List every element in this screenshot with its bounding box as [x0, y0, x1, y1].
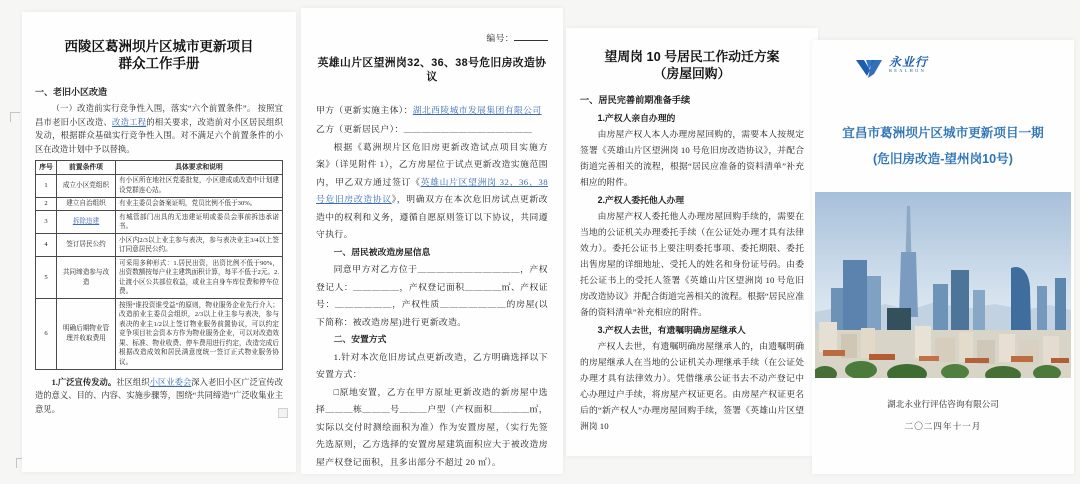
party-b-line: 乙方（更新居民户）：＿＿＿＿＿＿＿＿＿＿＿＿＿＿: [316, 121, 548, 139]
col-header-desc: 具体要求和说明: [116, 161, 283, 175]
col-header-no: 序号: [36, 161, 57, 175]
page2-section2-heading: 二、安置方式: [316, 331, 548, 349]
page3-sub2-title: 2.产权人委托他人办理: [580, 192, 804, 208]
page1-para3-bold: 1.广泛宣传发动。: [52, 378, 117, 387]
page2-paragraph-1: 根据《葛洲坝片区危旧房更新改造试点项目实施方案》（详见附件 1），乙方房屋位于试…: [316, 139, 548, 244]
document-page-work-manual: 西陵区葛洲坝片区城市更新项目 群众工作手册 一、老旧小区改造 （一）改造前实行竞…: [22, 12, 296, 472]
row-no: 6: [36, 299, 57, 370]
table-row: 3 拆除违建 有城管部门出具的无违建证明或委员会事前拆违承诺书。: [36, 211, 283, 234]
cover-company-name: 湖北永业行评估咨询有限公司: [812, 398, 1074, 410]
party-b-label: 乙方（更新居民户）：: [316, 124, 404, 134]
party-b-blank: ＿＿＿＿＿＿＿＿＿＿＿＿＿＿: [404, 124, 533, 134]
party-a-value: 湖北西陵城市发展集团有限公司: [413, 105, 542, 115]
table-row: 4 签订居民公约 小区内2/3以上业主参与表决，参与表决业主3/4以上签订同意居…: [36, 234, 283, 257]
page2-section1-heading: 一、居民被改造房屋信息: [316, 244, 548, 262]
city-skyline-image: [815, 192, 1071, 378]
page1-para1-text: （一）改造前实行竞争性入围，落实“六个前置条件”。: [52, 104, 256, 113]
number-blank: [514, 40, 548, 41]
row-item: 共同缔造参与改造: [57, 257, 116, 299]
logo-english-name: REALHON: [889, 68, 928, 74]
page2-section1-text: 同意甲方对乙方位于＿＿＿＿＿＿＿＿＿＿＿，产权登记人：＿＿＿＿＿，产权登记面积＿…: [316, 261, 548, 331]
scan-artifact-box: [278, 408, 288, 418]
page1-title-line2: 群众工作手册: [35, 55, 283, 72]
page3-title-line2: （房屋回购）: [580, 65, 804, 82]
page1-paragraph-2: 1.广泛宣传发动。社区组织小区业委会深入老旧小区广泛宣传改造的意义、目的、内容、…: [35, 376, 283, 417]
row-no: 2: [36, 197, 57, 211]
preconditions-table: 序号 前置条件项 具体要求和说明 1 成立小区党组织 有小区所在地社区党委批复，…: [35, 160, 283, 370]
table-row: 2 建立自治组织 有业主委员会备案证明，党员比例不低于30%。: [36, 197, 283, 211]
row-no: 1: [36, 174, 57, 197]
row-desc: 有城管部门出具的无违建证明或委员会事前拆违承诺书。: [116, 211, 283, 234]
page3-sub3-title: 3.产权人去世，有遗嘱明确房屋继承人: [580, 322, 804, 338]
page2-section2-para1: 1.针对本次危旧房试点更新改造，乙方明确选择以下安置方式：: [316, 349, 548, 384]
row-item: 成立小区党组织: [57, 174, 116, 197]
logo-wordmark: 永业行 REALHON: [889, 56, 928, 74]
row-desc: 小区内2/3以上业主参与表决，参与表决业主3/4以上签订同意居民公约。: [116, 234, 283, 257]
document-page-relocation-plan: 望周岗 10 号居民工作动迁方案 （房屋回购） 一、居民完善前期准备手续 1.产…: [566, 28, 818, 456]
company-logo: 永业行 REALHON: [854, 56, 928, 80]
table-row: 6 明确后期物业管理并收取费用 按照“谁投资谁受益”的原则，物业服务企业先行介入…: [36, 299, 283, 370]
agreement-number-line: 编号：: [316, 30, 548, 48]
page1-section-heading: 一、老旧小区改造: [35, 85, 283, 98]
row-item-link: 拆除违建: [57, 211, 116, 234]
table-row: 5 共同缔造参与改造 可采用多种形式：1.居民出资，出资比例不低于90%，出资数…: [36, 257, 283, 299]
page3-sub1-text: 由房屋产权人本人办理房屋回购的，需要本人按规定签署《英雄山片区望洲岗 10 号危…: [580, 126, 804, 190]
party-a-line: 甲方（更新实施主体）：湖北西陵城市发展集团有限公司: [316, 102, 548, 120]
document-page-financing-cover: 永业行 REALHON 宜昌市葛洲坝片区城市更新项目一期 (危旧房改造-望州岗1…: [812, 40, 1074, 474]
row-desc: 可采用多种形式：1.居民出资，出资比例不低于90%，出资数额按每户业主建筑面积计…: [116, 257, 283, 299]
cover-date: 二〇二四年十一月: [812, 420, 1074, 432]
party-a-label: 甲方（更新实施主体）：: [316, 105, 413, 115]
cover-title-line2: (危旧房改造-望州岗10号): [812, 148, 1074, 167]
row-item: 建立自治组织: [57, 197, 116, 211]
row-item: 明确后期物业管理并收取费用: [57, 299, 116, 370]
page2-section2-para2: □原地安置，乙方在甲方原址更新改造的新房屋中选择＿＿＿栋＿＿＿号＿＿＿户型（产权…: [316, 384, 548, 472]
number-label: 编号：: [486, 33, 514, 43]
logo-chinese-name: 永业行: [889, 56, 928, 68]
page3-title-line1: 望周岗 10 号居民工作动迁方案: [580, 48, 804, 65]
page3-sub1-title: 1.产权人亲自办理的: [580, 110, 804, 126]
scan-corner-mark: [10, 112, 20, 122]
row-no: 4: [36, 234, 57, 257]
row-desc: 有业主委员会备案证明，党员比例不低于30%。: [116, 197, 283, 211]
table-header-row: 序号 前置条件项 具体要求和说明: [36, 161, 283, 175]
page1-title-line1: 西陵区葛洲坝片区城市更新项目: [35, 38, 283, 55]
row-desc: 有小区所在地社区党委批复，小区建成或改造中计划建设党群连心站。: [116, 174, 283, 197]
page3-sub3-text: 产权人去世，有遗嘱明确房屋继承人的，由遗嘱明确的房屋继承人在当地的公证机关办理继…: [580, 338, 804, 434]
page1-para3-pre: 社区组织: [116, 378, 149, 387]
row-desc: 按照“谁投资谁受益”的原则，物业服务企业先行介入；改造前业主委员会组织，2/3以…: [116, 299, 283, 370]
document-page-renovation-agreement: 编号： 英雄山片区望洲岗32、36、38号危旧房改造协议 甲方（更新实施主体）：…: [301, 8, 563, 474]
cover-title-line1: 宜昌市葛洲坝片区城市更新项目一期: [812, 122, 1074, 141]
row-no: 3: [36, 211, 57, 234]
col-header-item: 前置条件项: [57, 161, 116, 175]
row-item: 签订居民公约: [57, 234, 116, 257]
page2-title: 英雄山片区望洲岗32、36、38号危旧房改造协议: [316, 56, 548, 84]
realhon-logo-icon: [854, 56, 884, 80]
table-row: 1 成立小区党组织 有小区所在地社区党委批复，小区建成或改造中计划建设党群连心站…: [36, 174, 283, 197]
page1-para3-link: 小区业委会: [150, 378, 192, 387]
page1-para2-link: 改造工程: [112, 118, 146, 127]
page3-section1-heading: 一、居民完善前期准备手续: [580, 92, 804, 108]
page3-sub2-text: 由房屋产权人委托他人办理房屋回购手续的，需要在当地的公证机关办理委托手续（在公证…: [580, 208, 804, 320]
row-no: 5: [36, 257, 57, 299]
page1-paragraph-1: （一）改造前实行竞争性入围，落实“六个前置条件”。 按照宜昌市老旧小区改造、改造…: [35, 102, 283, 156]
